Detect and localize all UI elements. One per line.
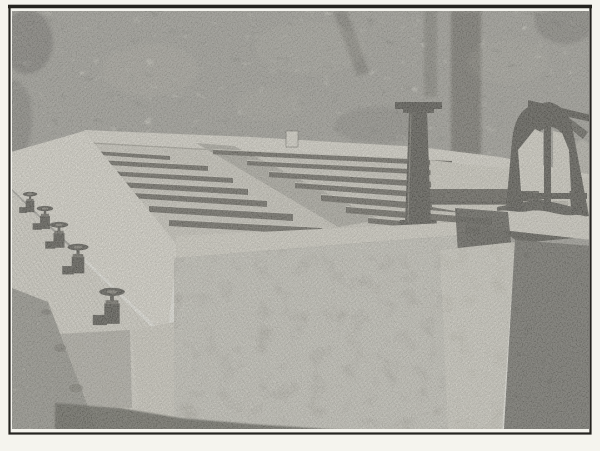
halftone-photograph [0,0,600,451]
printed-page [0,0,600,451]
photo-texture [12,11,589,429]
halftone-screen [12,11,589,429]
